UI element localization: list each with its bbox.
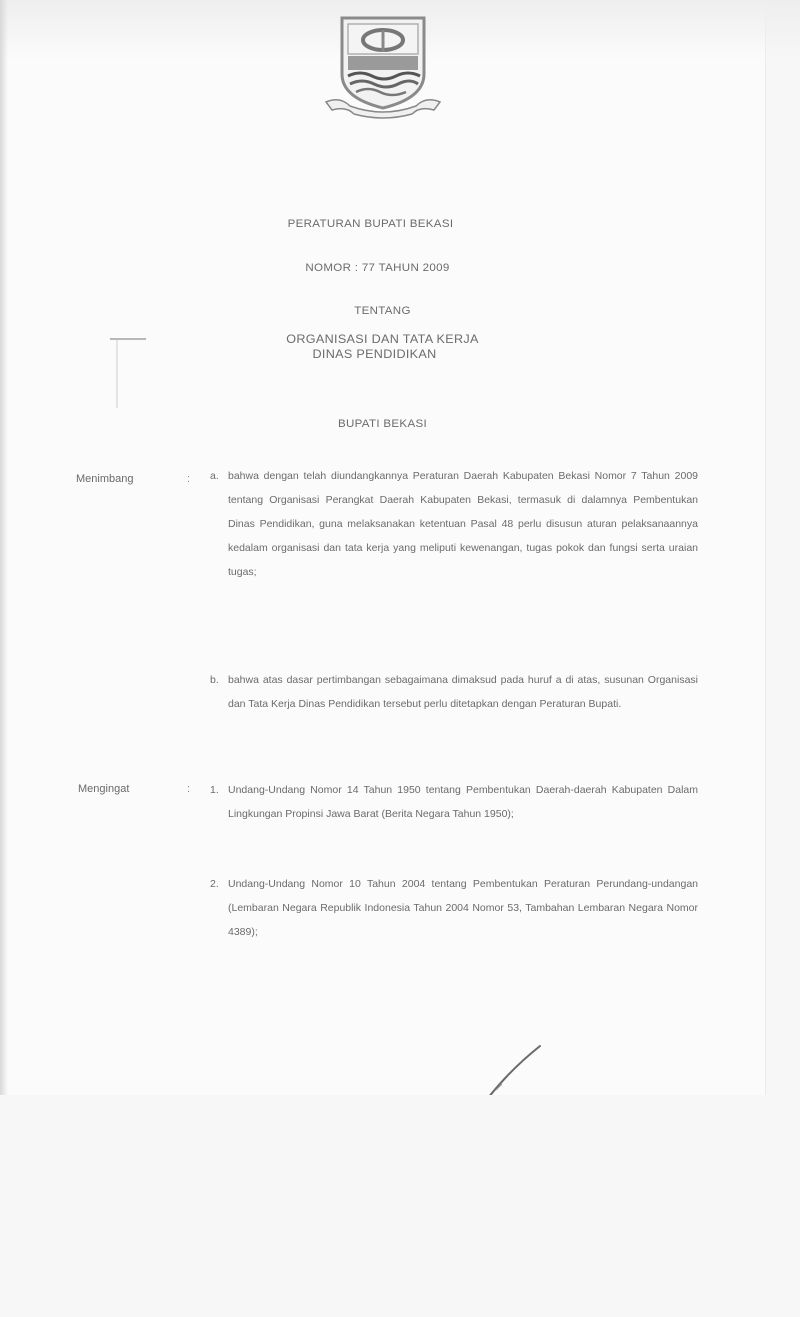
item-text: Undang-Undang Nomor 14 Tahun 1950 tentan… [228,784,698,820]
scan-shadow-left [0,0,8,1095]
mengingat-item-1: 1. Undang-Undang Nomor 14 Tahun 1950 ten… [228,778,698,826]
menimbang-label: Menimbang [76,473,133,485]
menimbang-item-a: a. bahwa dengan telah diundangkannya Per… [228,464,698,584]
item-marker: b. [210,668,219,692]
mengingat-colon: : [187,783,190,795]
item-text: bahwa atas dasar pertimbangan sebagaiman… [228,674,698,710]
document-title: PERATURAN BUPATI BEKASI [0,218,772,230]
bupati-heading: BUPATI BEKASI [0,418,784,430]
item-marker: a. [210,464,219,488]
item-marker: 2. [210,872,219,896]
item-marker: 1. [210,778,219,802]
item-text: bahwa dengan telah diundangkannya Peratu… [228,470,698,578]
document-number: NOMOR : 77 TAHUN 2009 [0,262,779,274]
item-text: Undang-Undang Nomor 10 Tahun 2004 tentan… [228,878,698,938]
mengingat-label: Mengingat [78,783,129,795]
mengingat-item-2: 2. Undang-Undang Nomor 10 Tahun 2004 ten… [228,872,698,944]
tentang-heading: TENTANG [0,305,784,317]
kabupaten-bekasi-emblem-icon [320,10,445,120]
menimbang-colon: : [187,473,190,485]
document-page: PERATURAN BUPATI BEKASI NOMOR : 77 TAHUN… [0,0,766,1095]
margin-mark [110,338,146,408]
menimbang-item-b: b. bahwa atas dasar pertimbangan sebagai… [228,668,698,716]
scan-background [0,1095,800,1317]
